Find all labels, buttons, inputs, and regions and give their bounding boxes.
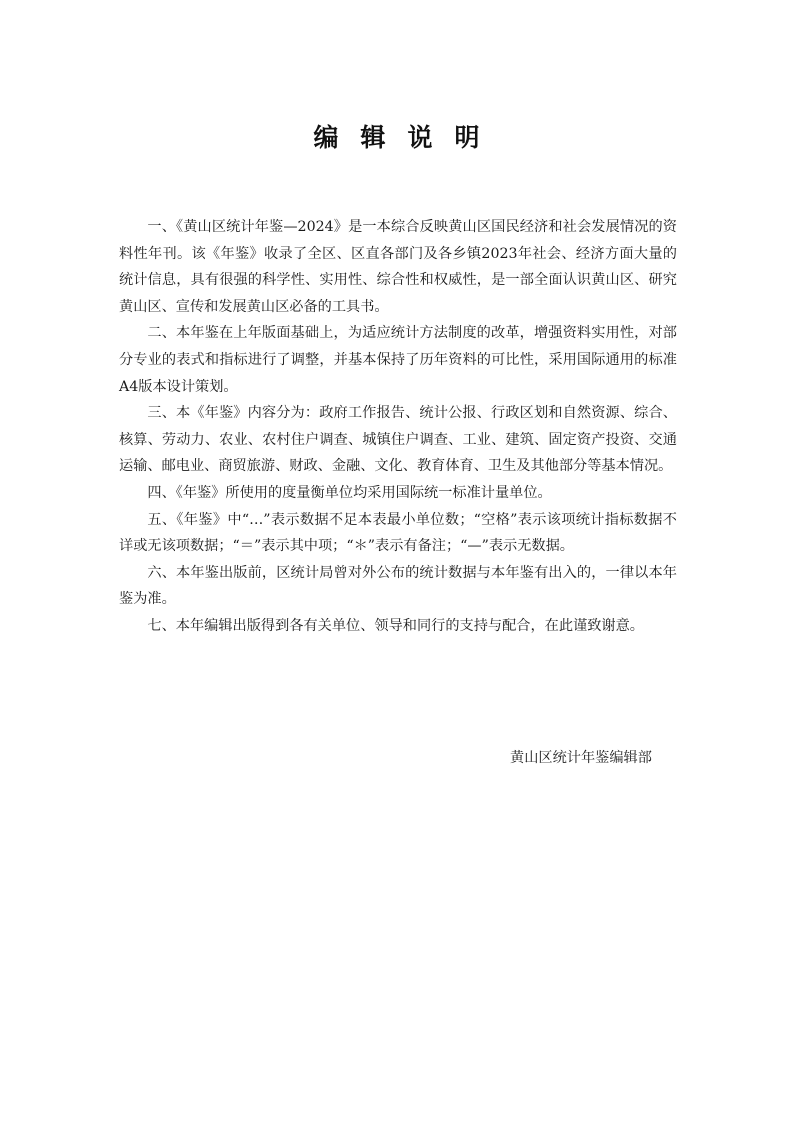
paragraph-6: 六、本年鉴出版前，区统计局曾对外公布的统计数据与本年鉴有出入的，一律以本年鉴为准… (119, 560, 677, 613)
paragraph-3: 三、本《年鉴》内容分为：政府工作报告、统计公报、行政区划和自然资源、综合、核算、… (119, 400, 677, 480)
page-title: 编辑说明 (0, 118, 793, 154)
paragraph-1: 一、《黄山区统计年鉴—2024》是一本综合反映黄山区国民经济和社会发展情况的资料… (119, 214, 677, 320)
paragraph-2: 二、本年鉴在上年版面基础上，为适应统计方法制度的改革，增强资料实用性，对部分专业… (119, 320, 677, 400)
paragraph-5: 五、《年鉴》中“…”表示数据不足本表最小单位数；“空格”表示该项统计指标数据不详… (119, 507, 677, 560)
body-text: 一、《黄山区统计年鉴—2024》是一本综合反映黄山区国民经济和社会发展情况的资料… (119, 214, 677, 640)
paragraph-4: 四、《年鉴》所使用的度量衡单位均采用国际统一标准计量单位。 (119, 480, 677, 507)
paragraph-7: 七、本年编辑出版得到各有关单位、领导和同行的支持与配合，在此谨致谢意。 (119, 613, 677, 640)
editorial-signature: 黄山区统计年鉴编辑部 (510, 748, 652, 768)
